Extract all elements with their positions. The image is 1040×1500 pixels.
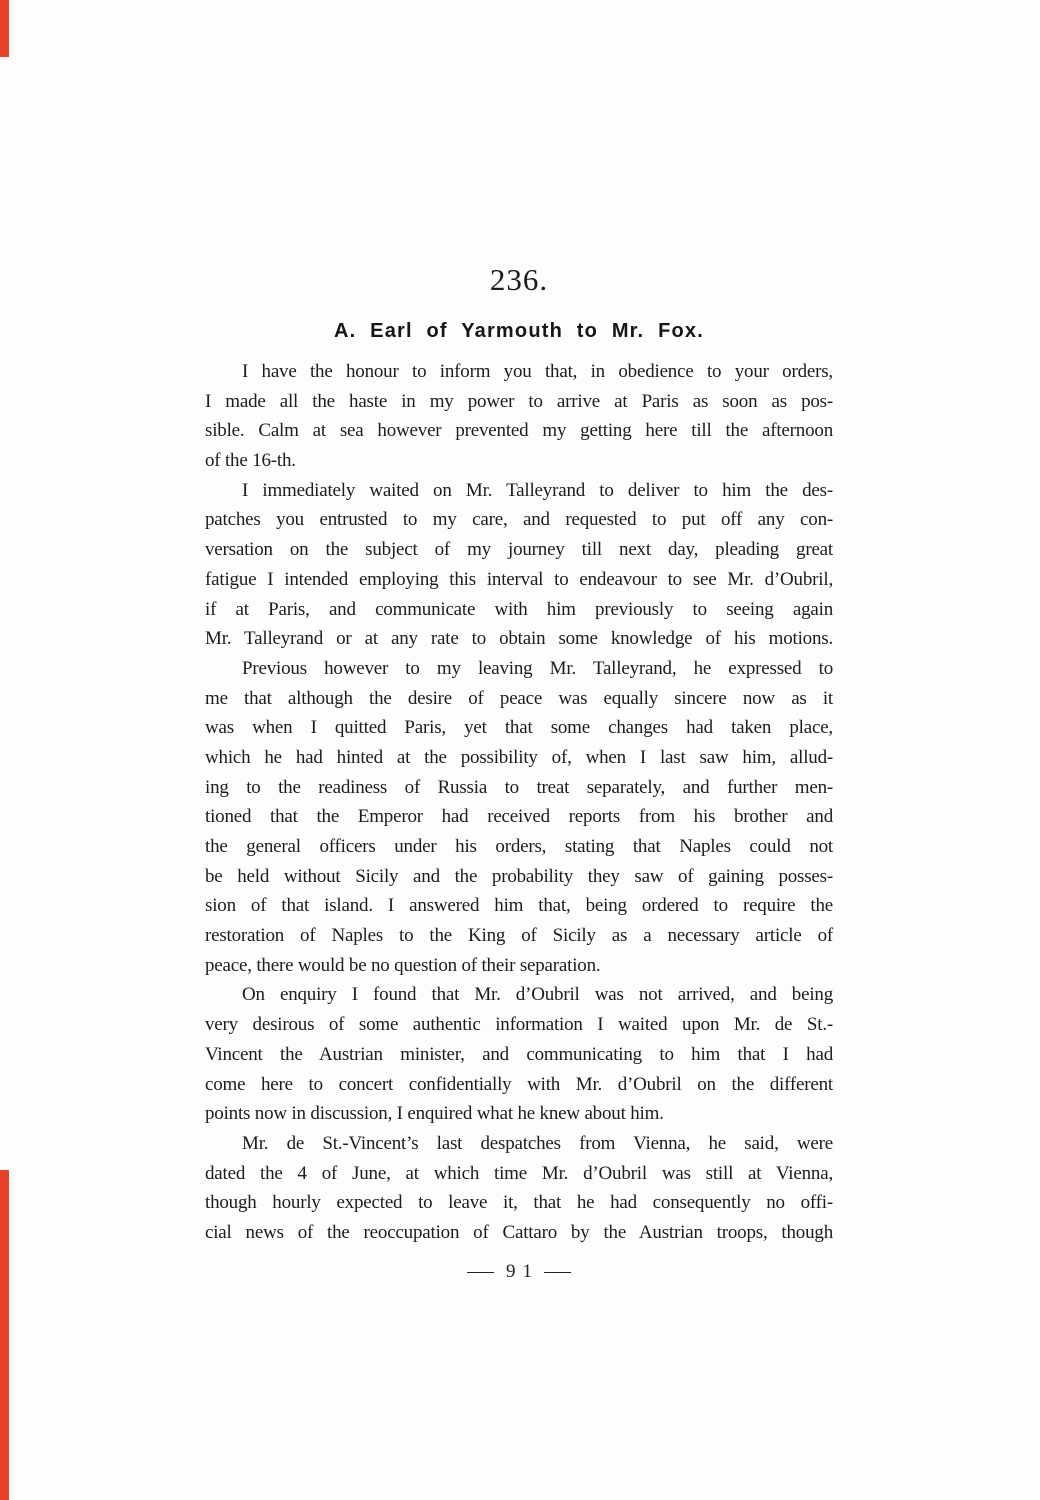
section-number: 236. — [205, 262, 833, 298]
text-line: cial news of the reoccupation of Cattaro… — [205, 1218, 833, 1248]
scan-edge-mark-top — [0, 0, 9, 57]
page-number: 91 — [506, 1261, 539, 1282]
text-line: which he had hinted at the possibility o… — [205, 743, 833, 773]
page-footer: —91— — [205, 1261, 833, 1283]
text-line: though hourly expected to leave it, that… — [205, 1188, 833, 1218]
text-line: patches you entrusted to my care, and re… — [205, 505, 833, 535]
text-line: peace, there would be no question of the… — [205, 951, 833, 981]
text-line: fatigue I intended employing this interv… — [205, 565, 833, 595]
scan-edge-mark-bottom — [0, 1170, 9, 1500]
text-line: come here to concert confidentially with… — [205, 1070, 833, 1100]
text-line: if at Paris, and communicate with him pr… — [205, 595, 833, 625]
text-line: Previous however to my leaving Mr. Talle… — [205, 654, 833, 684]
letter-heading: A. Earl of Yarmouth to Mr. Fox. — [205, 320, 833, 343]
text-line: be held without Sicily and the probabili… — [205, 862, 833, 892]
text-column: 236. A. Earl of Yarmouth to Mr. Fox. I h… — [205, 0, 833, 1500]
text-line: dated the 4 of June, at which time Mr. d… — [205, 1159, 833, 1189]
text-line: I immediately waited on Mr. Talleyrand t… — [205, 476, 833, 506]
text-line: versation on the subject of my journey t… — [205, 535, 833, 565]
text-line: very desirous of some authentic informat… — [205, 1010, 833, 1040]
text-line: me that although the desire of peace was… — [205, 684, 833, 714]
text-line: Vincent the Austrian minister, and commu… — [205, 1040, 833, 1070]
text-line: restoration of Naples to the King of Sic… — [205, 921, 833, 951]
text-line: tioned that the Emperor had received rep… — [205, 802, 833, 832]
book-page: 236. A. Earl of Yarmouth to Mr. Fox. I h… — [0, 0, 1040, 1500]
text-line: I have the honour to inform you that, in… — [205, 357, 833, 387]
text-line: ing to the readiness of Russia to treat … — [205, 773, 833, 803]
text-line: Mr. de St.-Vincent’s last despatches fro… — [205, 1129, 833, 1159]
text-line: points now in discussion, I enquired wha… — [205, 1099, 833, 1129]
text-line: of the 16-th. — [205, 446, 833, 476]
text-line: On enquiry I found that Mr. d’Oubril was… — [205, 980, 833, 1010]
text-line: Mr. Talleyrand or at any rate to obtain … — [205, 624, 833, 654]
text-line: sion of that island. I answered him that… — [205, 891, 833, 921]
footer-right-dash: — — [544, 1261, 571, 1283]
footer-left-dash: — — [467, 1261, 494, 1283]
text-line: was when I quitted Paris, yet that some … — [205, 713, 833, 743]
text-line: the general officers under his orders, s… — [205, 832, 833, 862]
text-line: I made all the haste in my power to arri… — [205, 387, 833, 417]
letter-body: I have the honour to inform you that, in… — [205, 357, 833, 1248]
text-line: sible. Calm at sea however prevented my … — [205, 416, 833, 446]
